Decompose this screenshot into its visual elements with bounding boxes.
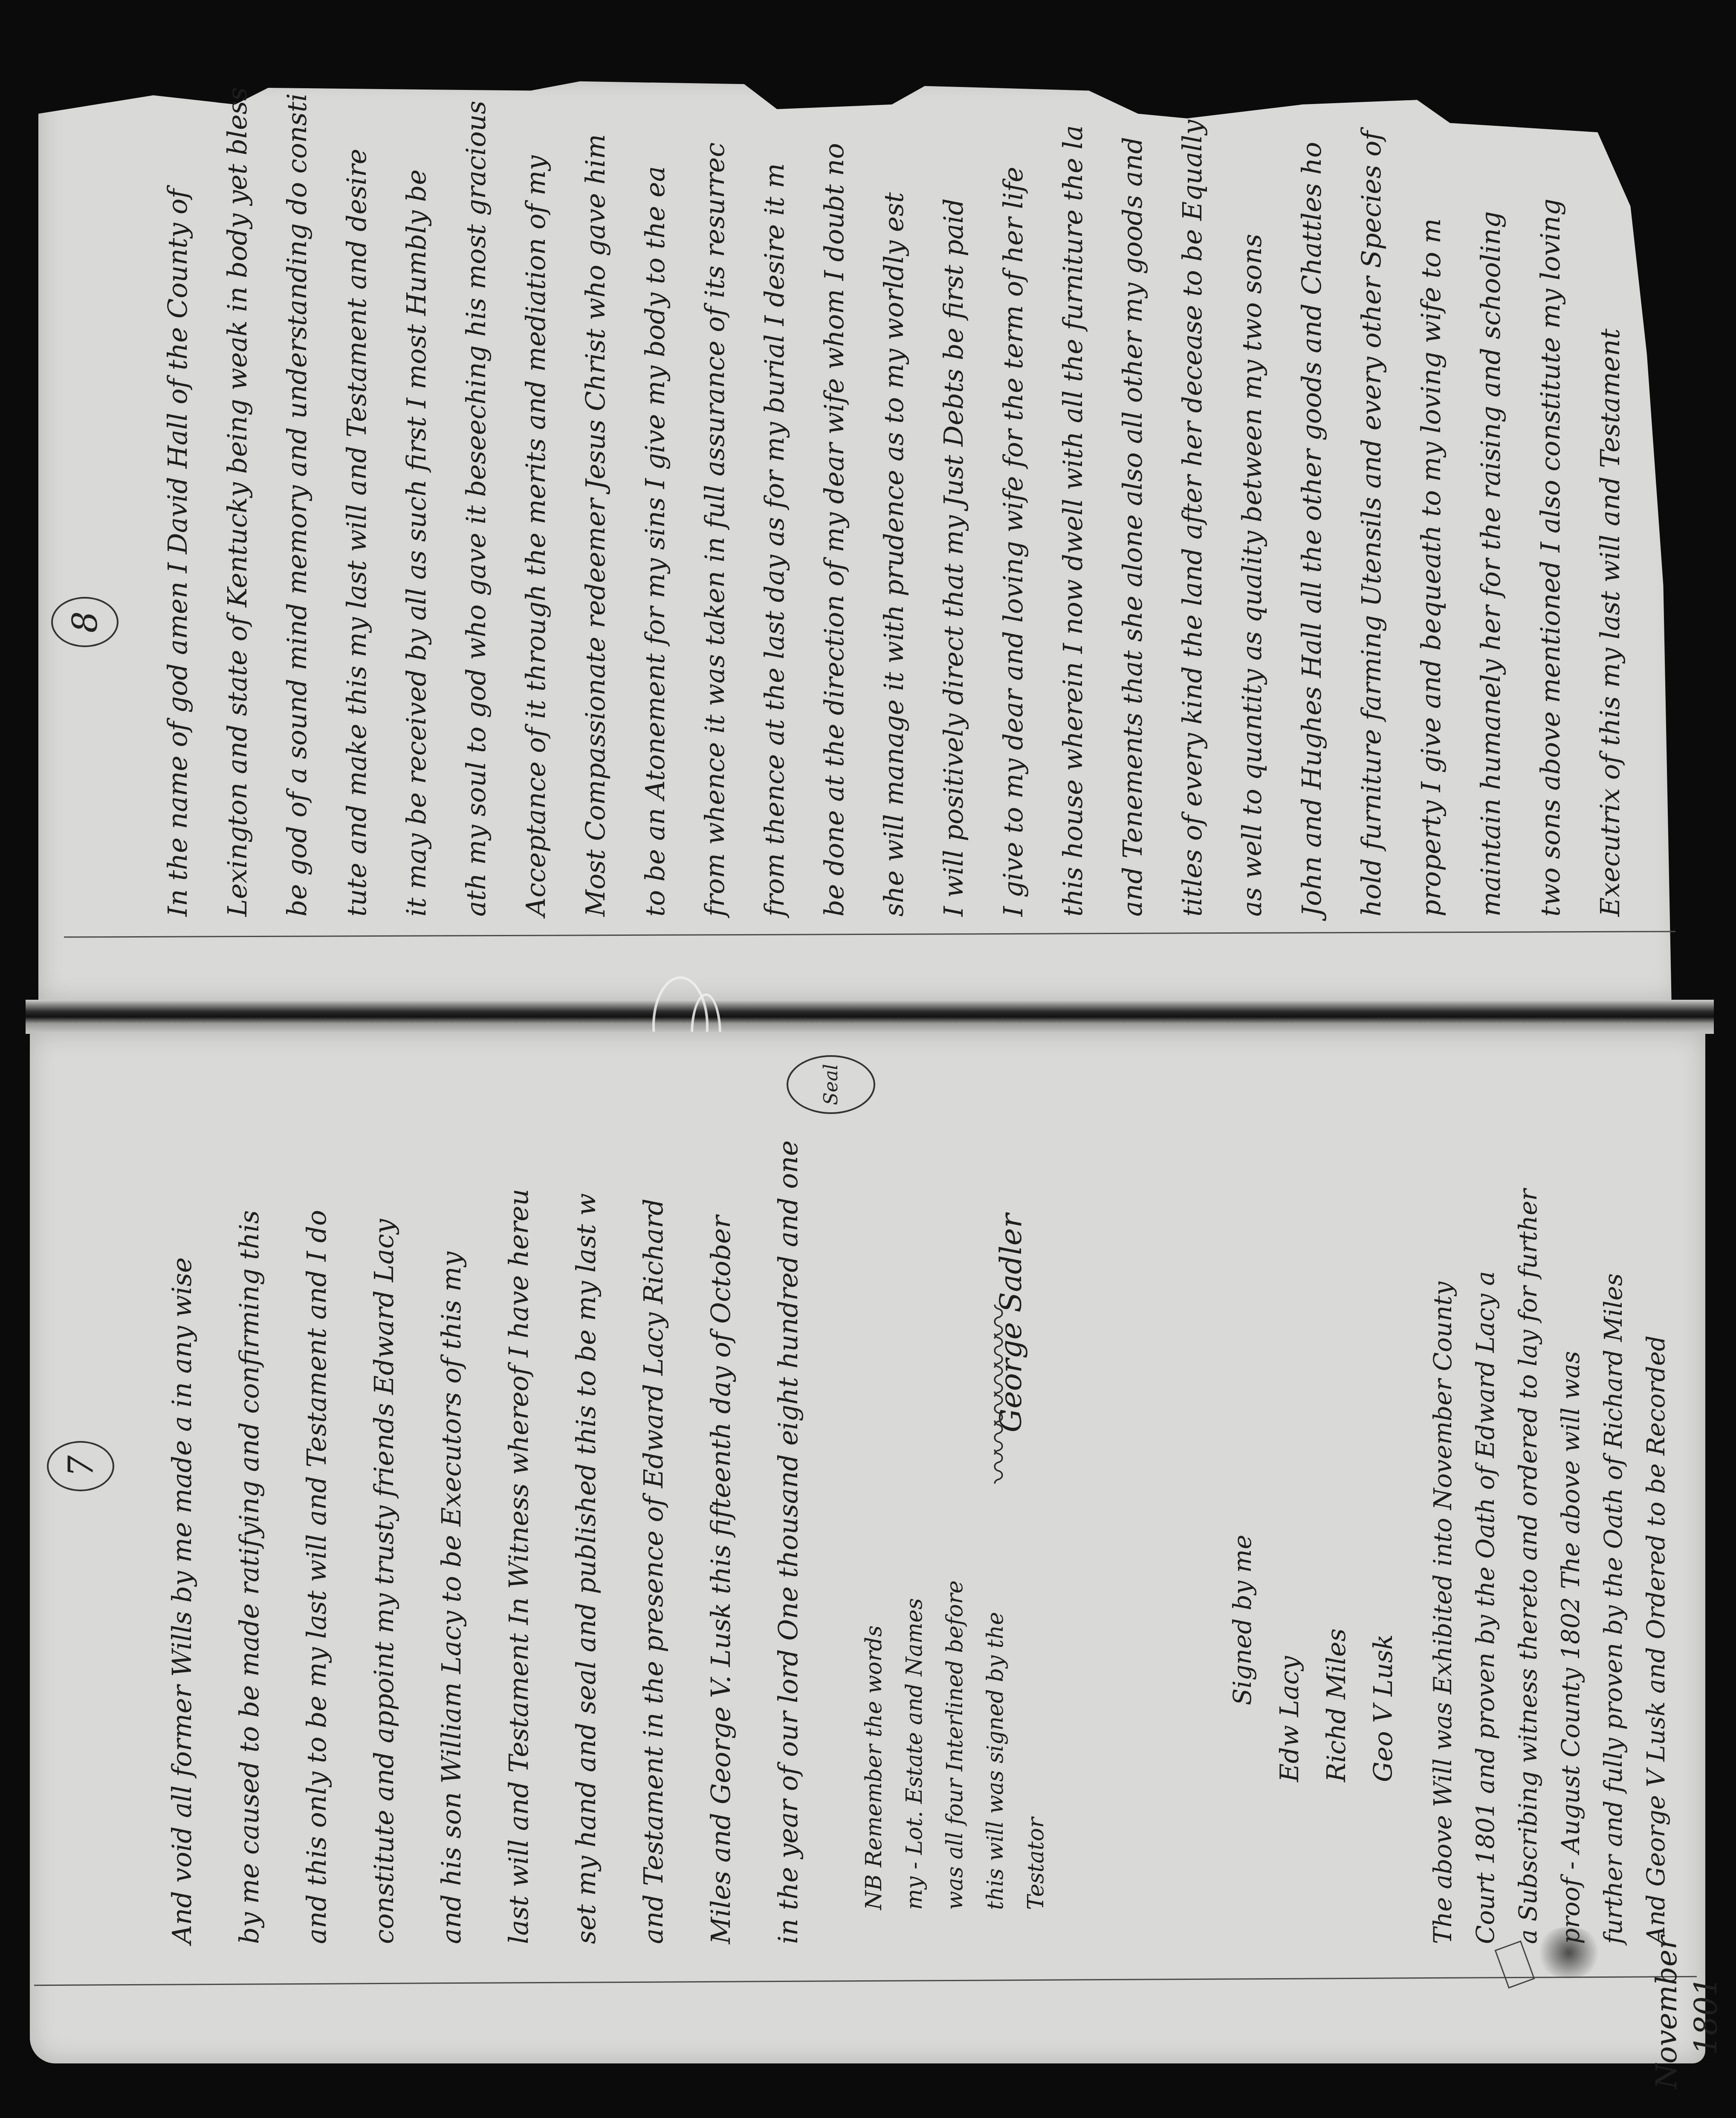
ink-stain — [1535, 1927, 1603, 1978]
probate-line: a Subscribing witness thereto and ordere… — [1513, 1189, 1542, 1944]
note-line: was all four Interlined before — [942, 1580, 968, 1910]
seal-label: Seal — [820, 1064, 842, 1105]
witness-name: Edw Lacy — [1275, 1656, 1305, 1782]
margin-date-year: 1801 — [1688, 1977, 1724, 2055]
handwritten-line: by me caused to be made ratifying and co… — [234, 1210, 265, 1944]
margin-date-month: November — [1650, 1936, 1684, 2089]
handwritten-line: and Testament in the presence of Edward … — [638, 1198, 669, 1944]
handwritten-line: and Tenements that she alone also all ot… — [1117, 137, 1148, 917]
handwritten-line: be god of a sound mind memory and unders… — [281, 93, 312, 917]
handwritten-line: constitute and appoint my trusty friends… — [368, 1219, 399, 1944]
handwritten-line: as well to quantity as quality between m… — [1236, 234, 1267, 917]
handwritten-line: in the year of our lord One thousand eig… — [773, 1140, 804, 1944]
probate-line: The above Will was Exhibited into Novemb… — [1428, 1282, 1457, 1944]
upper-page-number: 8 — [51, 597, 119, 647]
handwritten-line: John and Hughes Hall all the other goods… — [1296, 142, 1327, 917]
bracket-flourish: 〰〰〰〰〰〰 — [972, 1310, 1021, 1484]
handwritten-line: hold furniture farming Utensils and ever… — [1356, 131, 1387, 917]
handwritten-line: it may be received by all as such first … — [401, 169, 432, 917]
handwritten-line: Lexington and state of Kentucky being we… — [222, 87, 253, 917]
probate-line: proof - August County 1802 The above wil… — [1556, 1351, 1585, 1944]
handwritten-line: and this only to be my last will and Tes… — [301, 1210, 332, 1944]
handwritten-line: ath my soul to god who gave it beseechin… — [460, 101, 492, 917]
handwritten-line: titles of every kind the land after her … — [1177, 120, 1208, 917]
handwritten-line: Acceptance of it through the merits and … — [520, 156, 551, 917]
handwritten-line: I will positively direct that my Just De… — [938, 198, 969, 917]
lower-page-number: 7 — [47, 1441, 114, 1491]
handwritten-line: from thence at the last day as for my bu… — [759, 163, 790, 917]
note-line: Testator — [1023, 1817, 1049, 1910]
handwritten-line: be done at the direction of my dear wife… — [819, 143, 850, 917]
probate-line: Court 1801 and proven by the Oath of Edw… — [1471, 1271, 1500, 1944]
handwritten-line: this house wherein I now dwell with all … — [1057, 125, 1088, 917]
handwritten-line: two sons above mentioned I also constitu… — [1535, 199, 1566, 917]
note-line: this will was signed by the — [983, 1612, 1008, 1910]
handwritten-line: she will manage it with prudence as to m… — [878, 192, 909, 917]
handwritten-line: In the name of god amen I David Hall of … — [162, 189, 193, 917]
handwritten-line: property I give and bequeath to my lovin… — [1415, 218, 1447, 917]
handwritten-line: And void all former Wills by me made a i… — [166, 1257, 197, 1944]
page-binding — [26, 1000, 1714, 1034]
handwritten-line: from whence it was taken in full assuran… — [699, 142, 730, 917]
witness-name: Richd Miles — [1322, 1629, 1351, 1782]
handwritten-line: tute and make this my last will and Test… — [341, 149, 372, 917]
handwritten-line: to be an Atonement for my sins I give my… — [639, 166, 671, 917]
handwritten-line: I give to my dear and loving wife for th… — [998, 167, 1029, 917]
handwritten-line: Most Compassionate redeemer Jesus Christ… — [580, 134, 611, 917]
handwritten-line: and his son William Lacy to be Executors… — [436, 1252, 467, 1944]
note-line: my - Lot. Estate and Names — [902, 1598, 927, 1910]
wax-seal: Seal — [787, 1055, 875, 1114]
witness-name: Geo V Lusk — [1369, 1634, 1398, 1782]
note-line: NB Remember the words — [861, 1626, 887, 1910]
handwritten-line: Executrix of this my last will and Testa… — [1594, 329, 1626, 917]
witness-heading: Signed by me — [1228, 1535, 1257, 1705]
handwritten-line: maintain humanely her for the raising an… — [1475, 211, 1506, 917]
handwritten-line: Miles and George V. Lusk this fifteenth … — [705, 1215, 736, 1944]
handwritten-line: last will and Testament In Witness where… — [503, 1189, 534, 1944]
probate-line: further and fully proven by the Oath of … — [1599, 1273, 1628, 1944]
probate-line: And George V Lusk and Ordered to be Reco… — [1641, 1335, 1670, 1944]
handwritten-line: set my hand and seal and published this … — [570, 1193, 602, 1944]
